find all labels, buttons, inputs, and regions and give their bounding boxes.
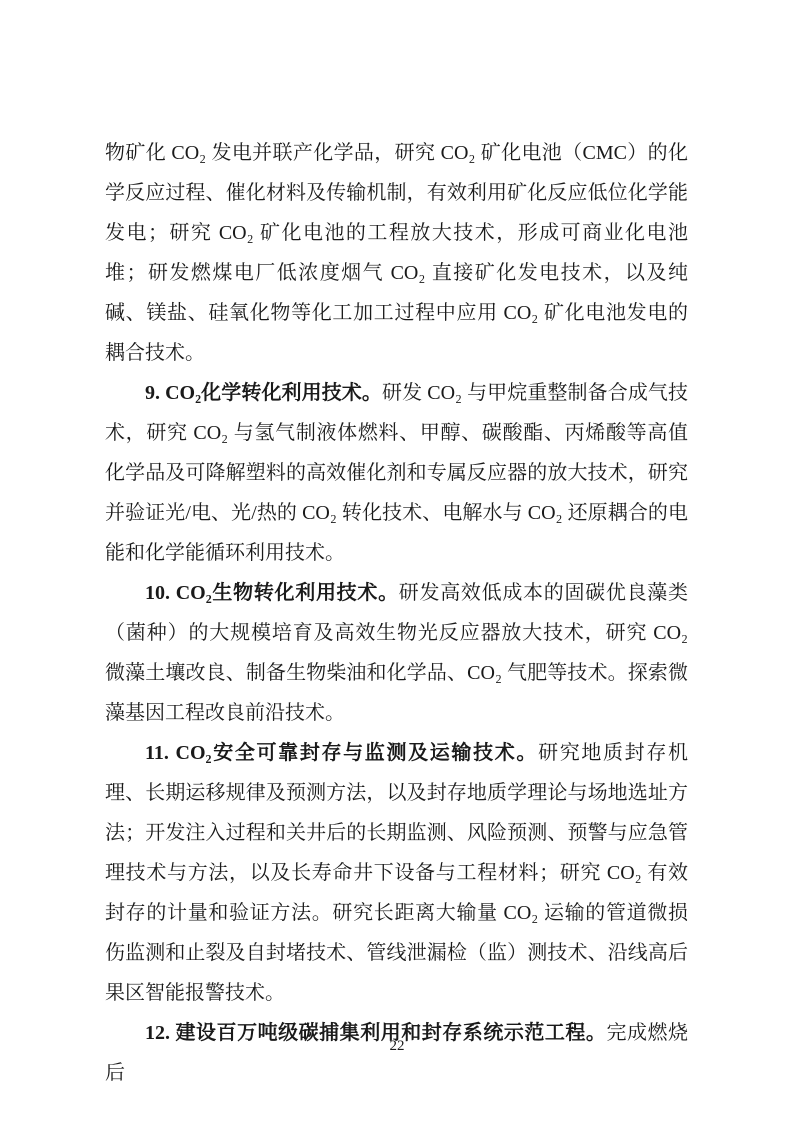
paragraph-item-11-heading: 11. CO₂安全可靠封存与监测及运输技术。 — [145, 742, 538, 764]
paragraph-item-10: 10. CO₂生物转化利用技术。研发高效低成本的固碳优良藻类（菌种）的大规模培育… — [105, 573, 688, 733]
document-body: 物矿化 CO₂ 发电并联产化学品，研究 CO₂ 矿化电池（CMC）的化学反应过程… — [105, 133, 688, 1093]
paragraph-item-9-text: 研发 CO₂ 与甲烷重整制备合成气技术，研究 CO₂ 与氢气制液体燃料、甲醇、碳… — [105, 382, 688, 564]
paragraph-continuation-text: 物矿化 CO₂ 发电并联产化学品，研究 CO₂ 矿化电池（CMC）的化学反应过程… — [105, 142, 688, 364]
paragraph-item-11-text: 研究地质封存机理、长期运移规律及预测方法，以及封存地质学理论与场地选址方法；开发… — [105, 742, 688, 1004]
paragraph-item-9-heading: 9. CO₂化学转化利用技术。 — [145, 382, 382, 404]
document-page: 物矿化 CO₂ 发电并联产化学品，研究 CO₂ 矿化电池（CMC）的化学反应过程… — [0, 0, 794, 1123]
paragraph-item-9: 9. CO₂化学转化利用技术。研发 CO₂ 与甲烷重整制备合成气技术，研究 CO… — [105, 373, 688, 573]
page-number: 22 — [0, 1036, 794, 1056]
paragraph-continuation: 物矿化 CO₂ 发电并联产化学品，研究 CO₂ 矿化电池（CMC）的化学反应过程… — [105, 133, 688, 373]
paragraph-item-10-heading: 10. CO₂生物转化利用技术。 — [145, 582, 399, 604]
paragraph-item-11: 11. CO₂安全可靠封存与监测及运输技术。研究地质封存机理、长期运移规律及预测… — [105, 733, 688, 1013]
